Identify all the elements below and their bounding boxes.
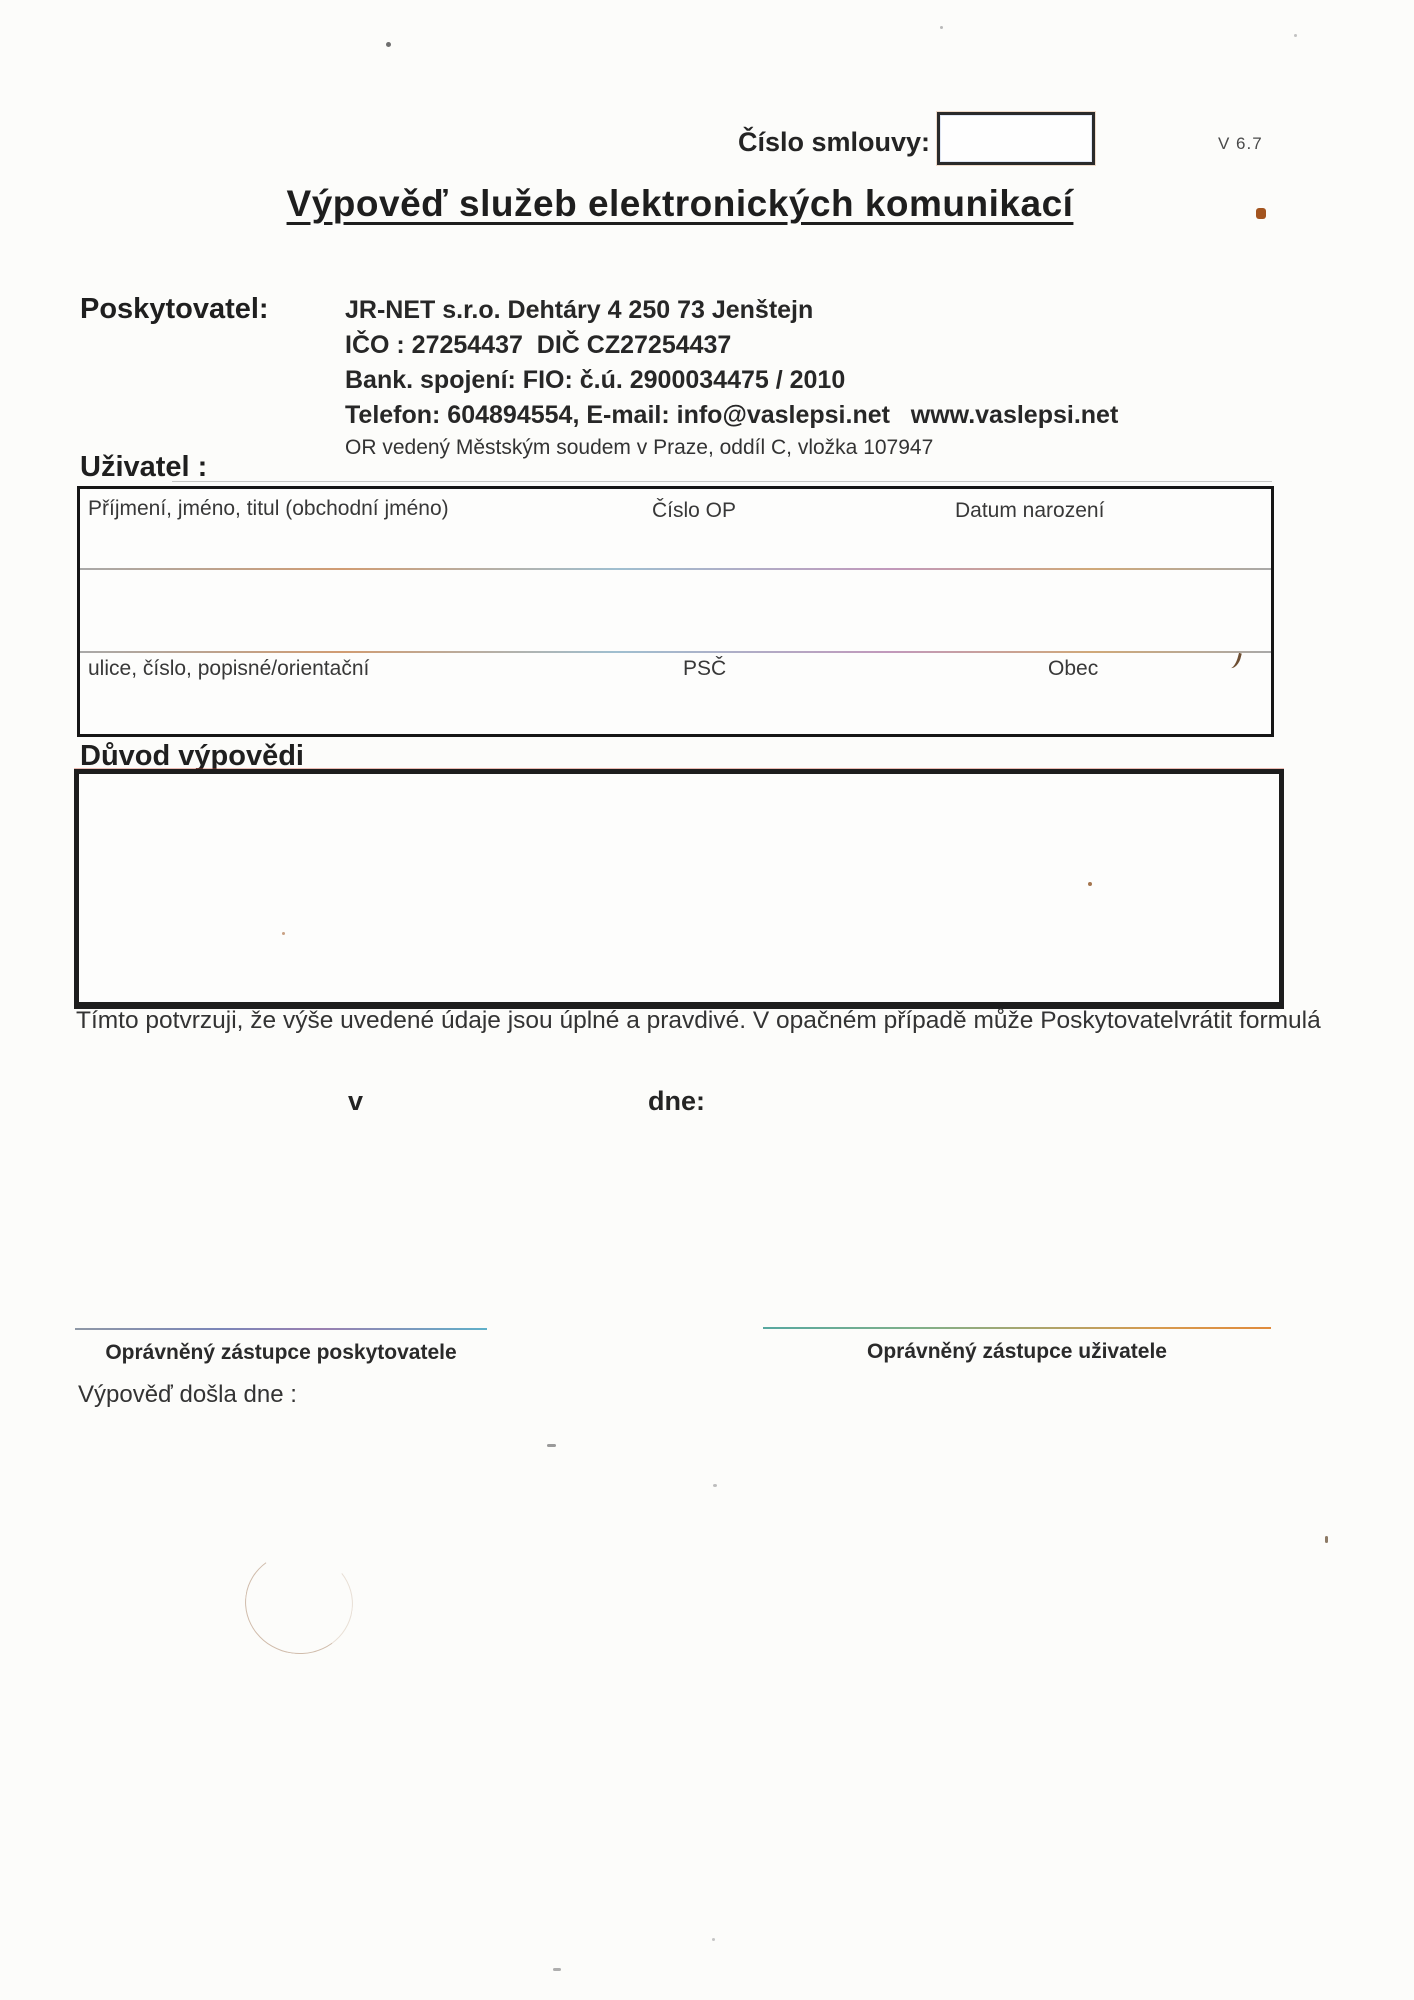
scanned-form-page: Číslo smlouvy: V 6.7 Výpověď služeb elek…	[0, 0, 1414, 2000]
provider-registry: OR vedený Městským soudem v Praze, oddíl…	[345, 436, 933, 460]
page-title-text: Výpověď služeb elektronických komunikací	[287, 183, 1074, 224]
ink-dot-artifact	[1256, 208, 1266, 219]
scan-speck	[282, 932, 285, 935]
user-info-table: Příjmení, jméno, titul (obchodní jméno) …	[77, 486, 1274, 737]
user-signature-line[interactable]	[763, 1327, 1271, 1329]
scan-speck	[1088, 882, 1092, 886]
provider-signature-label: Oprávněný zástupce poskytovatele	[75, 1341, 487, 1365]
received-date-label: Výpověď došla dne :	[78, 1381, 297, 1409]
field-row-name[interactable]: Příjmení, jméno, titul (obchodní jméno) …	[80, 489, 1271, 569]
scan-speck	[713, 1484, 717, 1487]
field-label-id-number: Číslo OP	[652, 499, 736, 523]
page-title: Výpověď služeb elektronických komunikací	[0, 183, 1360, 225]
scan-speck	[712, 1938, 715, 1941]
form-version: V 6.7	[1218, 134, 1263, 154]
provider-bank: Bank. spojení: FIO: č.ú. 2900034475 / 20…	[345, 366, 845, 395]
scan-speck	[940, 26, 943, 29]
provider-signature-line[interactable]	[75, 1328, 487, 1330]
user-signature-label: Oprávněný zástupce uživatele	[763, 1340, 1271, 1364]
reason-text-field[interactable]	[74, 769, 1284, 1009]
date-label: dne:	[648, 1086, 705, 1117]
field-label-name: Příjmení, jméno, titul (obchodní jméno)	[88, 497, 449, 521]
field-row-contact[interactable]: Podlaží Č. bytu Mobil E-mail	[80, 652, 1271, 734]
divider-line	[172, 481, 1272, 482]
provider-contact: Telefon: 604894554, E-mail: info@vasleps…	[345, 401, 1118, 430]
scan-speck	[547, 1444, 556, 1447]
scan-speck	[553, 1968, 561, 1971]
contract-number-field[interactable]	[937, 112, 1095, 165]
scan-circle-artifact	[238, 1545, 359, 1661]
provider-section-label: Poskytovatel:	[80, 293, 269, 326]
scan-speck	[1325, 1536, 1328, 1543]
user-section-heading: Uživatel :	[80, 451, 207, 484]
scan-speck	[1294, 34, 1297, 37]
field-row-address[interactable]: ulice, číslo, popisné/orientační PSČ Obe…	[80, 569, 1271, 652]
confirmation-statement: Tímto potvrzuji, že výše uvedené údaje j…	[76, 1007, 1414, 1035]
provider-name-address: JR-NET s.r.o. Dehtáry 4 250 73 Jenštejn	[345, 296, 813, 325]
provider-ico-dic: IČO : 27254437 DIČ CZ27254437	[345, 331, 731, 360]
place-label: v	[348, 1086, 363, 1117]
scan-speck	[386, 42, 391, 47]
contract-number-label: Číslo smlouvy:	[640, 127, 930, 158]
field-label-birthdate: Datum narození	[955, 499, 1104, 523]
